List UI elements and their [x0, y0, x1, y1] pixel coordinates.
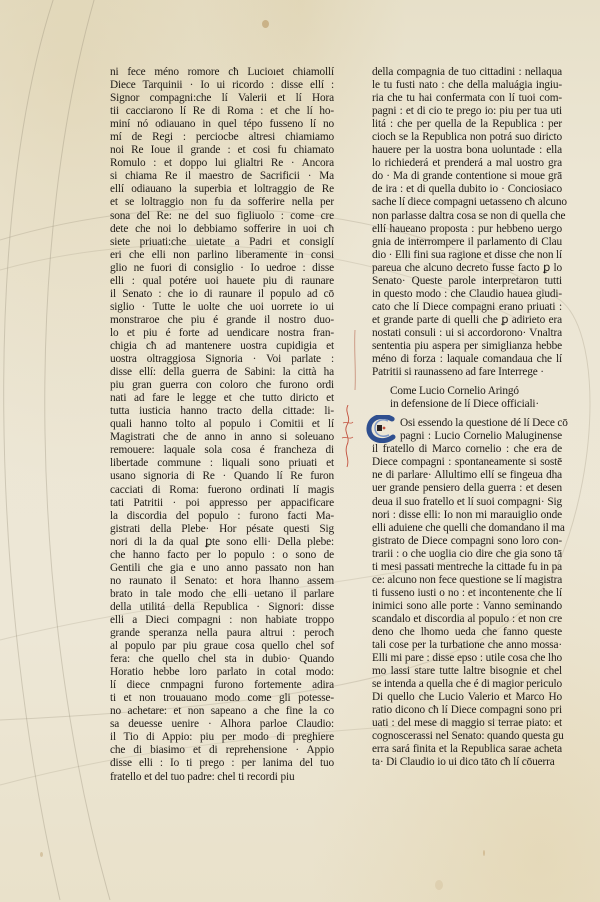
text-line: méno di forza : laquale comandaua che lí [372, 353, 562, 366]
decorated-initial-c-icon [366, 415, 398, 443]
text-line: si chiama Re il maestro de Sacrificii · … [110, 170, 334, 183]
text-line: disse elli : Io ti prego : per lanima de… [110, 757, 334, 770]
text-line: gnia de interrompere il parlamento di Cl… [372, 236, 562, 249]
text-line: Horatio hebbe loro parlato in cotal modo… [110, 666, 334, 679]
text-line: Diece compagni : spontaneamente si sostē [372, 456, 562, 469]
text-line: do · Ma di grande contentione si moue gr… [372, 170, 562, 183]
text-line: elli aduiene che quelli che domandano il… [372, 522, 562, 535]
text-line: quali hanno tolto al populo i Comitii et… [110, 418, 334, 431]
text-line: tii cacciarono lí Re di Roma : et che lí… [110, 105, 334, 118]
text-line: Senato· Queste parole interpretaron tutt… [372, 275, 562, 288]
text-line: nori : disse elli: Io non mi marauiglio … [372, 509, 562, 522]
text-column-right: della compagnia de tuo cittadini : nella… [372, 66, 562, 769]
text-line: Signor compagni:che lí Valerii et lí Hor… [110, 92, 334, 105]
text-line: Patritii si raunasseno ad fare Interrege… [372, 366, 562, 379]
foxing-spot [40, 852, 43, 857]
text-line: non parlasse daltra cosa se non di quell… [372, 210, 562, 223]
text-line: litá : che per quella de la Republica : … [372, 118, 562, 131]
text-line: nostati consuli : ui si accordorono· Vna… [372, 327, 562, 340]
text-line: pagni : Lucio Cornelio Maluginense [400, 430, 562, 443]
text-line: ratio dicono cħ lí Diece compagni sono p… [372, 704, 562, 717]
text-line: brato in tale modo che elli uetano il pa… [110, 588, 334, 601]
text-line: sona del Re: ne del suo figliuolo : come… [110, 210, 334, 223]
text-line: ni fece méno romore cħ Lucioıet chiamoll… [110, 66, 334, 79]
text-line: disse ellí: della guerra de Sabini: la c… [110, 366, 334, 379]
text-line: grande speranza nella paura altrui : per… [110, 627, 334, 640]
text-line: cognoscerassi nel Senato: quando questa … [372, 730, 562, 743]
text-line: al populo par piu graue cosa quello chel… [110, 640, 334, 653]
text-line: miní nó odiauano in quel tépo fusseno lí… [110, 118, 334, 131]
text-line: siglio · Tutte le uolte che uoi uorrete … [110, 301, 334, 314]
text-line: uostra oltraggiosa Signoria · Voi parlat… [110, 353, 334, 366]
text-line: cioch se la Republica non potrá suo diri… [372, 131, 562, 144]
foxing-spot [483, 850, 485, 856]
text-line: deua il suo fratello et lí suoi compagni… [372, 496, 562, 509]
text-line: ti fusseno iusti o no : et incontenente … [372, 587, 562, 600]
text-line: ne di parlare· Allultimo ellí se fingeua… [372, 469, 562, 482]
text-line: lo et piu é forte ad uendicare nostra fr… [110, 327, 334, 340]
text-line: sache lí diece compagni uetasseno cħ alc… [372, 196, 562, 209]
text-line: elli a Dieci compagni : non habiate trop… [110, 614, 334, 627]
text-line: tali cose per la turbatione che anno mos… [372, 639, 562, 652]
chapter-heading-line-1: Come Lucio Cornelio Aringó [390, 385, 562, 398]
text-line: tutta iusticia hanno tracto della cittad… [110, 405, 334, 418]
text-line: ria che tu hai confermata con lí tuoi co… [372, 92, 562, 105]
decorated-initial-paragraph: Osi essendo la questione dé lí Dece cōpa… [372, 417, 562, 443]
text-line: chigia cħ ad mantenere uostra cupidigia … [110, 340, 334, 353]
text-line: eri che elli non parlino liberamente in … [110, 249, 334, 262]
text-line: no raunato il Senato: et hora lhanno ass… [110, 575, 334, 588]
text-line: inimici sono alle porte : Vanno seminand… [372, 600, 562, 613]
paragraph-before-heading: della compagnia de tuo cittadini : nella… [372, 66, 562, 379]
text-line: dete che noi lo debbiamo sofferire in uo… [110, 223, 334, 236]
text-line: Di quello che Lucio Valerio et Marco Ho [372, 691, 562, 704]
text-line: siete priuati:che uietate a Padri et con… [110, 236, 334, 249]
text-column-left: ni fece méno romore cħ Lucioıet chiamoll… [110, 66, 334, 784]
text-line: il Tio di Appio: piu per modo di preghie… [110, 731, 334, 744]
text-line: trarii : o che uoglia cio dire che gia s… [372, 548, 562, 561]
text-line: che di biasimo et di reprehensione · App… [110, 744, 334, 757]
text-line: Elli mi pare : disse epso : utile cosa c… [372, 652, 562, 665]
text-line: le tu fusti nato : che della maluágia in… [372, 79, 562, 92]
text-line: no achetare: et non sapeano a che fine l… [110, 705, 334, 718]
text-line: ellí odiauano la superbia et loltraggio … [110, 183, 334, 196]
text-line: lo richiederá et prenderá a mal uostro g… [372, 157, 562, 170]
text-line: ti et non trouauano modo come gli potess… [110, 692, 334, 705]
text-line: et se loltraggio non fu da sofferire nel… [110, 196, 334, 209]
text-line: pagni : et di cio te prego io: piu per t… [372, 105, 562, 118]
text-line: in questo modo : che Claudio hauea giudi… [372, 288, 562, 301]
text-line: la discordia del populo : furono facti M… [110, 510, 334, 523]
text-line: uer grande pensiero della guerra : et de… [372, 482, 562, 495]
text-line: libertade commune : liquali sono priuati… [110, 457, 334, 470]
text-line: fera: che quello chel sta in dubio· Quan… [110, 653, 334, 666]
text-line: se intenda a quella che é di magior peri… [372, 678, 562, 691]
text-line: erra sará finita et la Republica sarae a… [372, 743, 562, 756]
text-line: Magistrati che de anno in anno si soleua… [110, 431, 334, 444]
text-line: gistrati della Plebe· Hor pésate questi … [110, 523, 334, 536]
text-line: elli : qual potére uoi hauete piu di rau… [110, 275, 334, 288]
text-line: che hanno facto per lo populo : o sono d… [110, 549, 334, 562]
text-line: uati : del mese di maggio si terrae piat… [372, 717, 562, 730]
text-line: sententia piu aspera per simiglianza heb… [372, 340, 562, 353]
text-line: pareua che alcuno decreto fusse facto ꝑ … [372, 262, 562, 275]
text-line: fratello et del tuo padre: chel ti recor… [110, 771, 334, 784]
foxing-spot [262, 20, 269, 28]
text-line: piu gran guerra con coloro che furono or… [110, 379, 334, 392]
text-line: ce: alcuno non fece questione se lí magi… [372, 574, 562, 587]
text-line: monstraroe che piu é grande il nostro du… [110, 314, 334, 327]
text-line: della utilitá della Republica · Signori:… [110, 601, 334, 614]
text-line: cacciati di Roma: fuerono ordinati lí ma… [110, 484, 334, 497]
text-line: ellí haueano proposta : pur hebbeno uerg… [372, 223, 562, 236]
text-line: dio · Elli fini sua ragione et disse che… [372, 249, 562, 262]
text-line: mí de Regi : perciocbe altresi chiamiamo [110, 131, 334, 144]
paragraph-after-initial: il fratello di Marco cornelio : che era … [372, 443, 562, 769]
text-line: il Senato : che io di raunare il populo … [110, 288, 334, 301]
text-line: scandalo et discordia al populo : et non… [372, 613, 562, 626]
text-line: gistrato de Diece compagni sono loro con… [372, 535, 562, 548]
text-line: Romulo : et doppo lui glialtri Re · Anco… [110, 157, 334, 170]
text-line: Osi essendo la questione dé lí Dece cō [400, 417, 562, 430]
text-line: lí diece cnmpagni furono fortemente adir… [110, 679, 334, 692]
text-line: Diece Tarquinii · Io ui ricordo : disse … [110, 79, 334, 92]
red-pen-flourish-icon [341, 405, 355, 475]
text-line: ti mesi passati mentreche la cittade fu … [372, 561, 562, 574]
text-line: usano signoria di Re · Quando lí Re furo… [110, 470, 334, 483]
text-line: hauere per la uostra bona uoluntade : el… [372, 144, 562, 157]
text-line: il fratello di Marco cornelio : che era … [372, 443, 562, 456]
text-line: noi Re Ioue il grande : et cosi fu chiam… [110, 144, 334, 157]
text-line: glio ne fuori di consiglio · Io uedroe :… [110, 262, 334, 275]
text-line: nati ad fare le legge et che tutto diric… [110, 392, 334, 405]
foxing-spot [435, 880, 443, 890]
text-line: Gentili che gia e uno anno passato non h… [110, 562, 334, 575]
margin-pen-stroke-icon [353, 330, 357, 390]
text-line: mo lassi stare tutte laltre bisognie et … [372, 665, 562, 678]
text-line: della compagnia de tuo cittadini : nella… [372, 66, 562, 79]
text-line: ta· Di Claudio io ui dico tāto cħ lí cōu… [372, 756, 562, 769]
text-line: nori di la da qual ꝑte sono elli· Della … [110, 536, 334, 549]
chapter-heading-line-2: in defensione de lí Diece officiali· [390, 398, 562, 411]
text-line: et grande parte di quelli che ꝑ adirieto… [372, 314, 562, 327]
text-line: deno che lhomo ueda che fanno queste [372, 626, 562, 639]
text-line: remouere: laquale sola cosa é francheza … [110, 444, 334, 457]
text-line: sa deuesse uenire · Alhora parloe Claudi… [110, 718, 334, 731]
initial-indented-lines: Osi essendo la questione dé lí Dece cōpa… [372, 417, 562, 443]
text-line: cato che lí Diece compagni erano priuati… [372, 301, 562, 314]
text-line: tati Patritii · poi appresso per appacif… [110, 497, 334, 510]
text-line: de ira : et di quella dubito io · Concio… [372, 183, 562, 196]
